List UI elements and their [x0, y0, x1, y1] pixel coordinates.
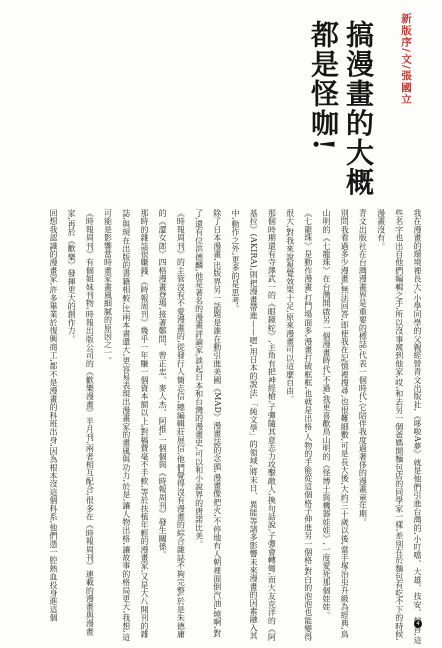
- page-title: 搞漫畫的大概 都是怪咖!: [306, 20, 376, 197]
- body-paragraph: 那時的雜誌很賺錢,《時報周刊》幾乎一年賺一個資本額以上,對稿費毫不手軟,等於扶植…: [98, 209, 153, 646]
- body-paragraph: 《時報周刊》的主管沒有不愛漫畫的,從發行人簡志信,總編輯莊展信,他們覺得沒有漫畫…: [153, 209, 189, 646]
- body-paragraph: 回想我認識的漫畫家,許多畢業於復興商工,都不是漫畫的科班出身,因為根本沒這個科系…: [44, 209, 62, 646]
- page-number: 4: [416, 621, 420, 627]
- book-page: 新版序/文/張國立 搞漫畫的大概 都是怪咖! 我在漫畫的環境裡長大,小學同學的父…: [0, 0, 442, 648]
- body-paragraph: 別問我看過多少漫畫,無法回答,即使我在記憶裡搜尋,也很難細數,可是長大後,大約三…: [317, 209, 353, 646]
- page-title-line-2: 都是怪咖!: [306, 20, 341, 197]
- body-paragraph: 我在漫畫的環境裡長大,小學同學的父親經營青文出版社,《哆啦A夢》就是他們引進台灣…: [371, 209, 426, 646]
- body-paragraph: 除了日本漫畫,出版界另一話題是誰在動引進美國《MAD》漫畫誌的念頭,漫畫像把火,…: [189, 209, 225, 646]
- body-paragraph: 青文出版社在台灣漫畫界是重要的標誌,代表一個時代,它陪伴我度過奢侈的漫畫童年期。: [353, 209, 371, 646]
- page-title-line-1: 搞漫畫的大概: [341, 20, 376, 197]
- series-header: 新版序/文/張國立: [399, 13, 414, 105]
- body-text: 我在漫畫的環境裡長大,小學同學的父親經營青文出版社,《哆啦A夢》就是他們引進台灣…: [18, 209, 426, 646]
- body-paragraph: 《七龍珠》是動作漫畫,打鬥場面多,漫畫打破框框,也就是出格,人物的手能從這個格子…: [280, 209, 316, 646]
- body-paragraph: 那個時期還有寺澤武一的《眼鏡蛇》,主角有把神經槍,子彈隨其意志力攻擊敵人,換句話…: [226, 209, 281, 646]
- body-paragraph: 《時報周刊》有個姐妹刊物,時報出版公司的《歡樂漫畫》半月刊,兩者相互配合,很多在…: [62, 209, 98, 646]
- page-number-badge: 4: [414, 620, 422, 628]
